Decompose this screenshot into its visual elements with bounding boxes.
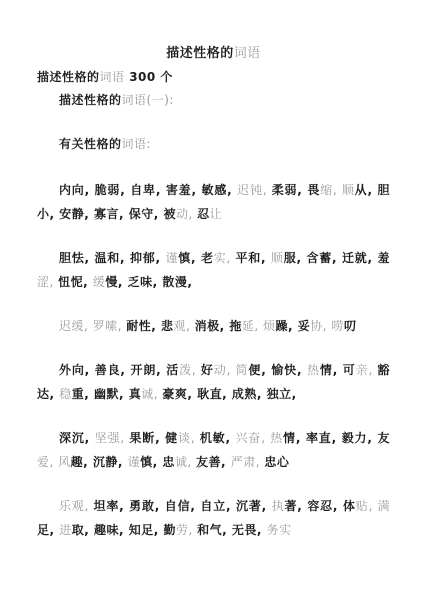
- text-run: 坦率, 勇敢, 自信, 自立, 沉著,: [94, 499, 272, 513]
- text-run: 进: [59, 523, 72, 537]
- text-run: 重, 幽默, 真: [72, 387, 141, 401]
- text-run: 豪爽, 耿直, 成熟, 独立,: [162, 387, 296, 401]
- text-run: 劳,: [176, 523, 197, 537]
- text-run: 足,: [37, 523, 59, 537]
- text-run: 机敏,: [200, 431, 236, 445]
- text-run: 慎, 忠: [140, 455, 175, 469]
- text-run: 谨: [166, 251, 179, 265]
- section-label-one: 描述性格的词语(一):: [37, 89, 390, 112]
- text-run: 慢, 乏味, 散漫,: [105, 275, 192, 289]
- text-run: 便, 愉快,: [248, 363, 307, 377]
- text-run: 好: [201, 363, 214, 377]
- text-run: 乐观,: [59, 499, 94, 513]
- text-run: 果断, 健: [129, 431, 178, 445]
- section-label-traits: 有关性格的词语:: [37, 133, 390, 156]
- text-run: 趣, 沉静,: [71, 455, 128, 469]
- text-run: 描述性格的: [59, 93, 122, 107]
- trait-paragraph: 乐观, 坦率, 勇敢, 自信, 自立, 沉著, 执著, 容忍, 体贴, 满足, …: [37, 494, 390, 542]
- text-run: 平和,: [235, 251, 271, 265]
- text-run: 泼,: [179, 363, 201, 377]
- text-run: 爱, 风: [37, 455, 71, 469]
- trait-paragraph: 外向, 善良, 开朗, 活泼, 好动, 简便, 愉快, 热情, 可亲, 豁达, …: [37, 358, 390, 406]
- text-run: 叨: [344, 319, 357, 333]
- text-run: 兴奋, 热: [236, 431, 283, 445]
- text-run: 动,: [176, 207, 197, 221]
- text-run: 耐性, 悲: [126, 319, 173, 333]
- text-run: 忸怩,: [58, 275, 93, 289]
- text-run: 胆怯, 温和, 抑郁,: [59, 251, 166, 265]
- text-run: 躁, 妥: [276, 319, 311, 333]
- text-run: 缩, 顺: [320, 183, 355, 197]
- text-run: 缓: [93, 275, 106, 289]
- text-run: 服, 含蓄, 迁就, 羞: [284, 251, 390, 265]
- text-run: 严肃,: [231, 455, 265, 469]
- trait-paragraph: 胆怯, 温和, 抑郁, 谨慎, 老实, 平和, 顺服, 含蓄, 迁就, 羞涩, …: [37, 246, 390, 294]
- text-run: 迟钝,: [237, 183, 272, 197]
- text-run: 外向, 善良, 开朗, 活: [59, 363, 179, 377]
- text-run: 诚,: [175, 455, 196, 469]
- text-run: 词语(一):: [122, 93, 174, 107]
- doc-title: 描述性格的词语: [37, 41, 390, 66]
- text-run: 执: [272, 499, 285, 513]
- subtitle-count: 描述性格的词语 300 个: [37, 66, 390, 89]
- text-run: 协, 唠: [310, 319, 344, 333]
- text-run: 有关性格的: [59, 137, 122, 151]
- trait-paragraph: 迟缓, 罗嗦, 耐性, 悲观, 消极, 拖延, 烦躁, 妥协, 唠叨: [37, 314, 390, 338]
- text-run: 观,: [174, 319, 195, 333]
- text-run: 取, 趣味, 知足, 勤: [72, 523, 176, 537]
- text-run: 词语: [234, 46, 261, 61]
- document-page: 描述性格的词语 描述性格的词语 300 个 描述性格的词语(一): 有关性格的词…: [0, 0, 424, 600]
- trait-paragraph: 深沉, 坚强, 果断, 健谈, 机敏, 兴奋, 热情, 率直, 毅力, 友爱, …: [37, 426, 390, 474]
- text-run: 亲,: [356, 363, 378, 377]
- trait-paragraph: 内向, 脆弱, 自卑, 害羞, 敏感, 迟钝, 柔弱, 畏缩, 顺从, 胆小, …: [37, 178, 390, 226]
- text-run: 描述性格的: [166, 46, 234, 61]
- text-run: 实,: [214, 251, 236, 265]
- text-run: 诚,: [141, 387, 162, 401]
- text-run: 忠心: [264, 455, 289, 469]
- text-run: 忍: [197, 207, 210, 221]
- text-run: 深沉,: [59, 431, 95, 445]
- text-run: 情, 率直, 毅力, 友: [283, 431, 390, 445]
- text-run: 涩,: [37, 275, 58, 289]
- text-run: 动, 简: [214, 363, 249, 377]
- text-run: 贴, 满: [356, 499, 390, 513]
- text-run: 坚强,: [95, 431, 130, 445]
- text-run: 热: [307, 363, 320, 377]
- text-run: 延, 烦: [242, 319, 276, 333]
- text-run: 情, 可: [320, 363, 356, 377]
- text-run: 慎, 老: [178, 251, 214, 265]
- text-run: 著, 容忍, 体: [285, 499, 356, 513]
- text-run: 顺: [271, 251, 284, 265]
- text-run: 迟缓, 罗嗦,: [59, 319, 126, 333]
- text-run: 友善,: [196, 455, 231, 469]
- text-run: 稳: [59, 387, 72, 401]
- text-run: 描述性格的: [37, 70, 100, 84]
- text-run: 让: [210, 207, 223, 221]
- text-run: 词语: [100, 70, 125, 84]
- text-run: 消极, 拖: [195, 319, 242, 333]
- text-run: 谨: [128, 455, 141, 469]
- text-run: 300 个: [125, 70, 173, 84]
- text-run: 和气, 无畏,: [197, 523, 266, 537]
- text-run: 务实: [267, 523, 292, 537]
- text-run: 内向, 脆弱, 自卑, 害羞, 敏感,: [59, 183, 237, 197]
- text-run: 词语:: [122, 137, 152, 151]
- text-run: 柔弱, 畏: [272, 183, 320, 197]
- text-run: 谈,: [178, 431, 200, 445]
